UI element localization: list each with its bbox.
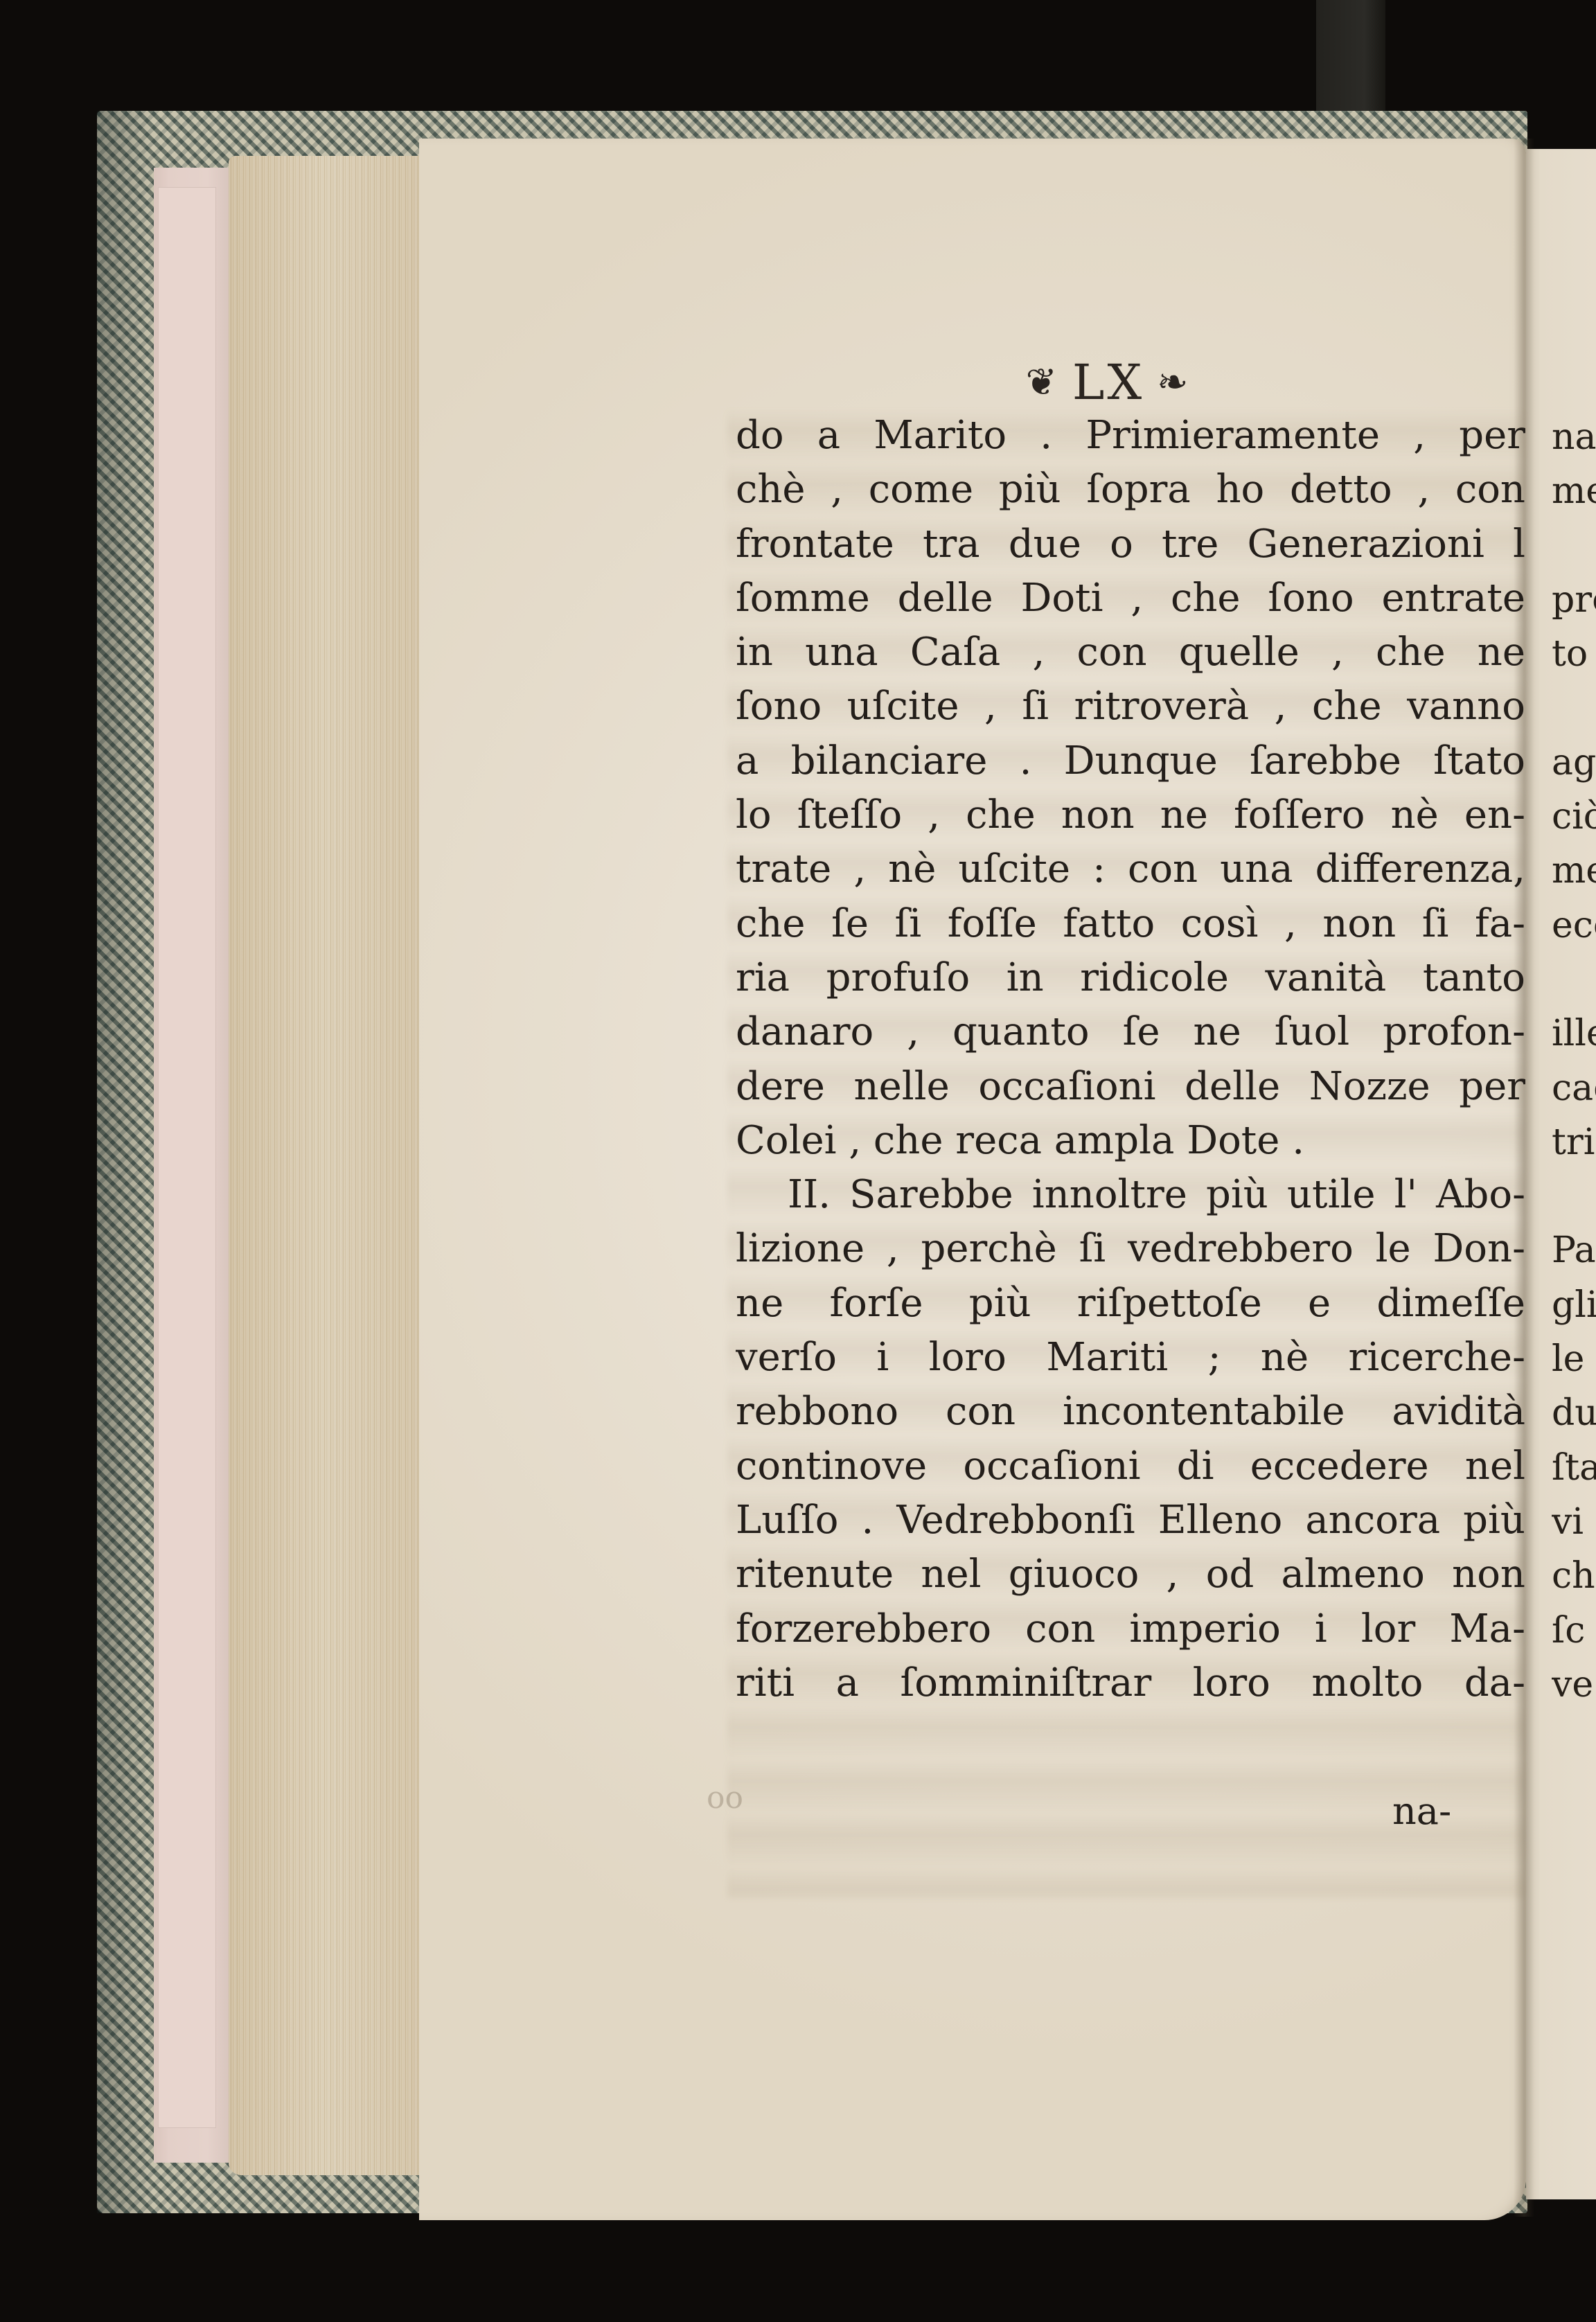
fragment: ciò [1552,790,1596,844]
text-line: ria profuſo in ridicole vanità tanto [736,951,1525,1005]
fragment [1552,519,1596,573]
page-number: LX [1072,354,1144,411]
fragment: age [1552,736,1596,790]
fragment [1552,952,1596,1007]
adjacent-page-text: nai me pro to age ciò me ecc ille cag tr… [1552,410,1596,1712]
text-line: danaro , quanto ſe ne ſuol profon- [736,1005,1525,1059]
fragment: vi [1552,1495,1596,1549]
fragment: ſta [1552,1441,1596,1495]
text-line: che ſe ſi foſſe fatto così , non ſi fa- [736,897,1525,951]
text-line: ſono uſcite , ſi ritroverà , che vanno [736,680,1525,734]
fragment: du [1552,1386,1596,1440]
fragment: nai [1552,410,1596,464]
cover-edge-shadow [97,111,152,2213]
text-line: in una Caſa , con quelle , che ne [736,626,1525,680]
fragment: Pa [1552,1223,1596,1277]
text-line: ſomme delle Doti , che ſono entrate [736,571,1525,626]
text-line: forzerebbero con imperio i lor Ma- [736,1602,1525,1656]
fragment [1552,681,1596,735]
body-text: do a Marito . Primieramente , per chè , … [736,409,1525,1710]
paragraph-start-line: II. Sarebbe innoltre più utile l' Abo- [736,1168,1525,1222]
text-line: frontate tra due o tre Generazioni l [736,517,1525,571]
fragment: ille [1552,1007,1596,1061]
fleuron-left-icon: ❦ [1026,355,1060,410]
endpaper-inner-leaf [158,187,216,2128]
text-line: riti a ſomminiſtrar loro molto da- [736,1656,1525,1710]
catchword: na- [1392,1791,1451,1832]
running-head: ❦LX❧ [914,355,1302,410]
text-line: do a Marito . Primieramente , per [736,409,1525,463]
fragment: to [1552,627,1596,681]
fragment: me [1552,464,1596,518]
faint-offset-mark: oo [707,1780,743,1816]
fragment: cag [1552,1061,1596,1115]
fragment: ve [1552,1658,1596,1712]
text-line: Luſſo . Vedrebbonſi Elleno ancora più [736,1494,1525,1548]
text-line: chè , come più ſopra ho detto , con [736,463,1525,517]
text-line: dere nelle occaſioni delle Nozze per [736,1060,1525,1114]
fragment: le [1552,1332,1596,1386]
text-line: trate , nè uſcite : con una differenza, [736,842,1525,896]
fragment: pro [1552,573,1596,627]
fragment: ecc [1552,898,1596,952]
fragment: ſc [1552,1604,1596,1658]
text-line: Colei , che reca ampla Dote . [736,1114,1525,1168]
fragment: gli [1552,1278,1596,1332]
text-line: ne forſe più riſpettoſe e dimeſſe [736,1277,1525,1331]
fleuron-right-icon: ❧ [1157,355,1191,410]
text-line: continove occaſioni di eccedere nel [736,1439,1525,1494]
fragment: tri [1552,1115,1596,1169]
fragment: me [1552,844,1596,898]
text-line: verſo i loro Mariti ; nè ricerche- [736,1331,1525,1385]
text-line: ritenute nel giuoco , od almeno non [736,1548,1525,1602]
text-line: a bilanciare . Dunque ſarebbe ſtato [736,734,1525,788]
text-line: lizione , perchè ſi vedrebbero le Don- [736,1222,1525,1276]
fragment [1552,1169,1596,1223]
text-line: rebbono con incontentabile avidità [736,1385,1525,1439]
fragment: ch [1552,1549,1596,1603]
text-line: lo ſteſſo , che non ne foſſero nè en- [736,788,1525,842]
page-edge-foxing [229,156,423,2175]
